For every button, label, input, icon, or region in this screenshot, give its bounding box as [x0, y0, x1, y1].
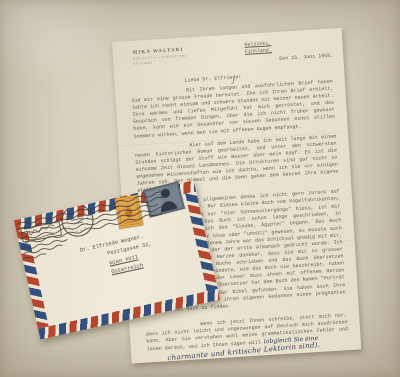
photo-background: MIKA WALTARI KIRJAILIJA — FÖRFATTARE HEL… [0, 0, 400, 377]
envelope-address: Dr. Elfriede Wagner. Pezzlgasse 32, Wien… [79, 231, 157, 283]
letterhead: MIKA WALTARI KIRJAILIJA — FÖRFATTARE HEL… [133, 47, 188, 65]
place-country: Finnland. [245, 47, 272, 56]
airmail-border-left [16, 229, 48, 329]
orange-lion-stamp [114, 195, 143, 230]
date-line: Den 15. Juni 1955. [279, 53, 333, 62]
place-block: Helsinki, Finnland. [244, 40, 272, 56]
letter-paragraph-1: Mit Ihrem langen und ausführlichen Brief… [131, 79, 336, 141]
